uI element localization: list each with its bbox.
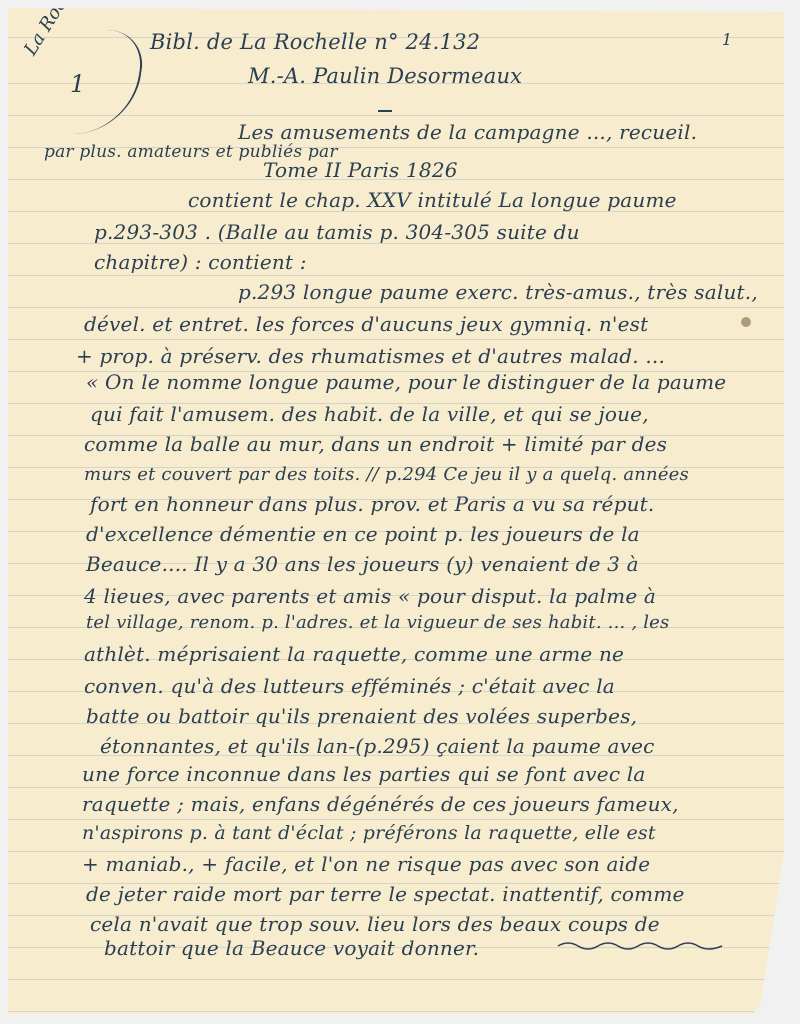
text-line: conven. qu'à des lutteurs efféminés ; c'… (84, 674, 615, 698)
text-line: athlèt. méprisaient la raquette, comme u… (84, 642, 624, 666)
text-line: batte ou battoir qu'ils prenaient des vo… (86, 704, 637, 728)
text-line: tel village, renom. p. l'adres. et la vi… (86, 612, 669, 633)
library-reference: Bibl. de La Rochelle n° 24.132 (150, 30, 480, 54)
text-line: contient le chap. XXV intitulé La longue… (188, 188, 677, 212)
manuscript-page: La Rochelle 1 1 Bibl. de La Rochelle n° … (8, 8, 784, 1014)
text-line: qui fait l'amusem. des habit. de la vill… (90, 402, 649, 426)
margin-number: 1 (70, 70, 85, 98)
text-line: « On le nomme longue paume, pour le dist… (86, 370, 726, 394)
text-line: murs et couvert par des toits. // p.294 … (84, 464, 689, 485)
text-line: d'excellence démentie en ce point p. les… (86, 522, 640, 546)
text-line: chapitre) : contient : (94, 250, 307, 274)
text-line: raquette ; mais, enfans dégénérés de ces… (82, 792, 679, 816)
page-number: 1 (722, 30, 732, 49)
text-line: Tome II Paris 1826 (263, 158, 458, 182)
text-line: + prop. à préserv. des rhumatismes et d'… (76, 344, 665, 368)
text-line: p.293 longue paume exerc. très-amus., tr… (238, 280, 758, 304)
text-line: comme la balle au mur, dans un endroit +… (84, 432, 667, 456)
text-line: étonnantes, et qu'ils lan-(p.295) çaient… (100, 734, 655, 758)
text-line: + maniab., + facile, et l'on ne risque p… (82, 852, 650, 876)
text-line: 4 lieues, avec parents et amis « pour di… (84, 584, 656, 608)
text-line: p.293-303 . (Balle au tamis p. 304-305 s… (94, 220, 580, 244)
text-line: Les amusements de la campagne ..., recue… (238, 120, 697, 144)
text-line: cela n'avait que trop souv. lieu lors de… (90, 912, 660, 936)
text-line: fort en honneur dans plus. prov. et Pari… (90, 492, 654, 516)
text-line: n'aspirons p. à tant d'éclat ; préférons… (82, 822, 656, 844)
text-line: dével. et entret. les forces d'aucuns je… (84, 312, 648, 336)
text-line: Beauce.... Il y a 30 ans les joueurs (y)… (86, 552, 639, 576)
text-line: de jeter raide mort par terre le spectat… (86, 882, 685, 906)
end-squiggle (556, 938, 726, 952)
paper-stain (741, 317, 751, 327)
text-line: battoir que la Beauce voyait donner. (104, 936, 479, 960)
author-name: M.-A. Paulin Desormeaux (248, 64, 522, 88)
separator-dash (378, 110, 392, 112)
text-line: une force inconnue dans les parties qui … (82, 762, 646, 786)
